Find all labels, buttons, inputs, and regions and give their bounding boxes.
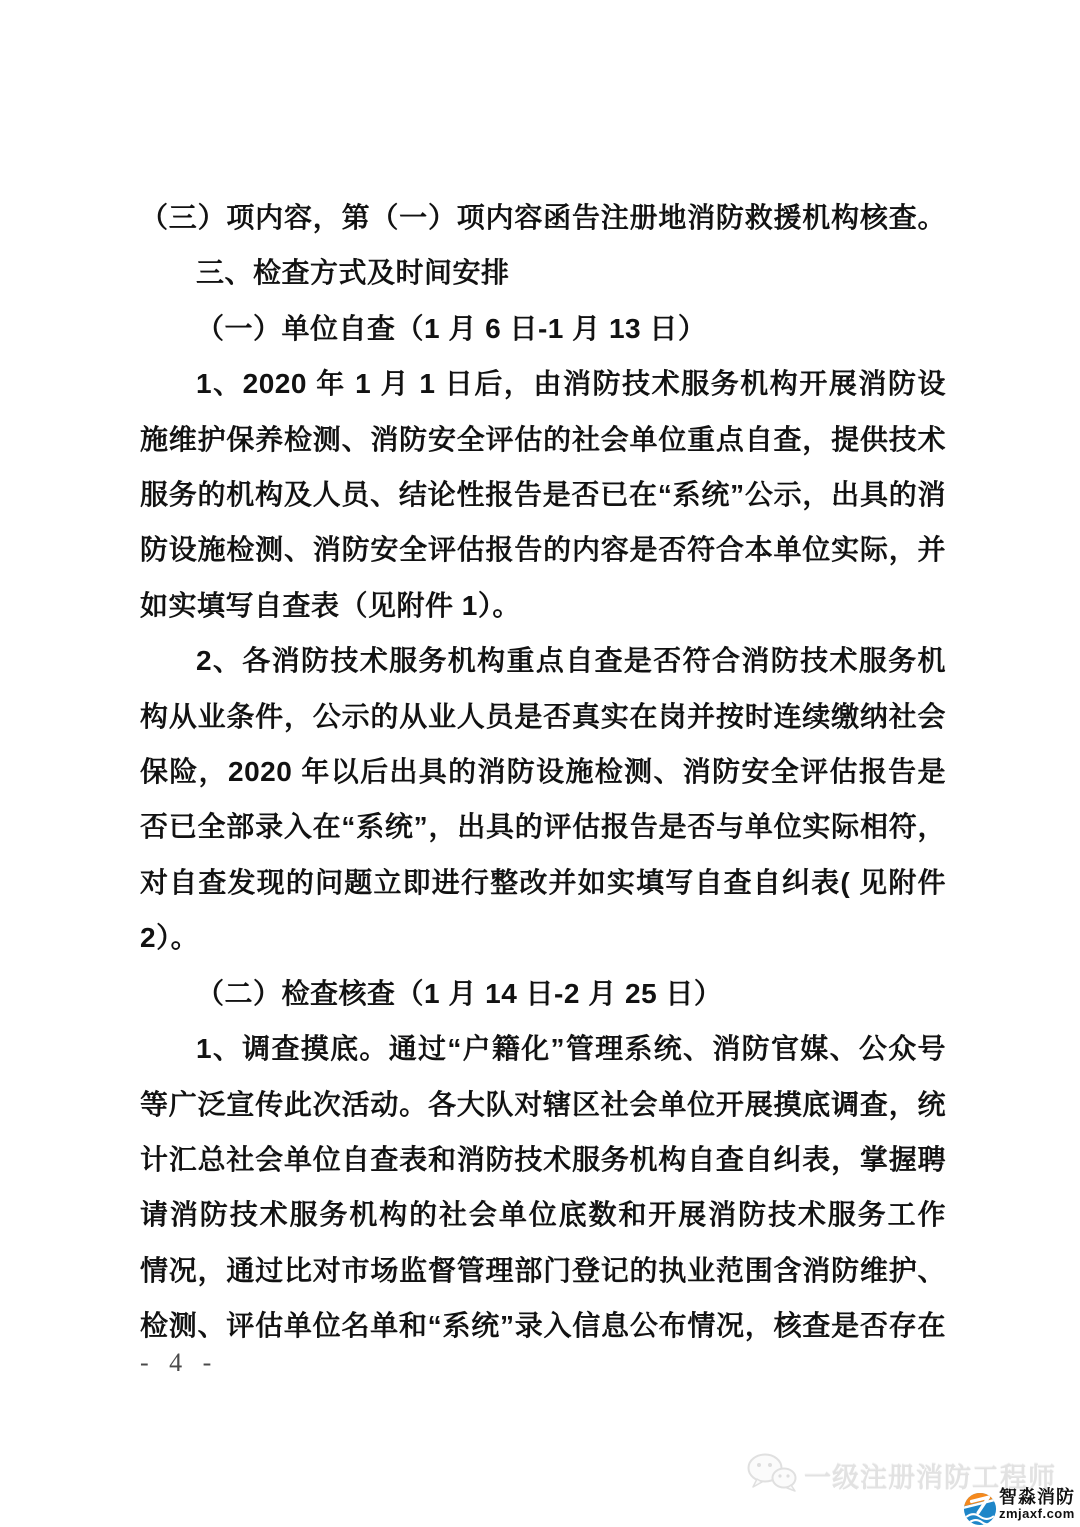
text-line: 检测、评估单位名单和“系统”录入信息公布情况，核查是否存在	[140, 1298, 946, 1353]
text-line: 构从业条件，公示的从业人员是否真实在岗并按时连续缴纳社会	[140, 689, 946, 744]
text-line: 三、检查方式及时间安排	[140, 245, 946, 300]
brand-logo: 智淼消防 zmjaxf.com	[963, 1488, 1075, 1527]
logo-domain: zmjaxf.com	[999, 1507, 1075, 1521]
text-line: 1、调查摸底。通过“户籍化”管理系统、消防官媒、公众号	[140, 1021, 946, 1076]
wechat-icon	[746, 1452, 798, 1499]
text-line: 2）。	[140, 910, 946, 965]
text-line: 等广泛宣传此次活动。各大队对辖区社会单位开展摸底调查，统	[140, 1077, 946, 1132]
document-page: （三）项内容，第（一）项内容函告注册地消防救援机构核查。三、检查方式及时间安排（…	[0, 0, 1080, 1527]
text-line: 防设施检测、消防安全评估报告的内容是否符合本单位实际，并	[140, 522, 946, 577]
text-line: 施维护保养检测、消防安全评估的社会单位重点自查，提供技术	[140, 412, 946, 467]
text-line: 对自查发现的问题立即进行整改并如实填写自查自纠表( 见附件	[140, 855, 946, 910]
zhimiao-logo-icon	[963, 1491, 997, 1527]
text-line: 1、2020 年 1 月 1 日后，由消防技术服务机构开展消防设	[140, 356, 946, 411]
text-line: 请消防技术服务机构的社会单位底数和开展消防技术服务工作	[140, 1187, 946, 1242]
text-line: 服务的机构及人员、结论性报告是否已在“系统”公示，出具的消	[140, 467, 946, 522]
text-line: 2、各消防技术服务机构重点自查是否符合消防技术服务机	[140, 633, 946, 688]
text-line: （一）单位自查（1 月 6 日-1 月 13 日）	[140, 301, 946, 356]
text-line: 保险，2020 年以后出具的消防设施检测、消防安全评估报告是	[140, 744, 946, 799]
text-line: 否已全部录入在“系统”，出具的评估报告是否与单位实际相符，	[140, 799, 946, 854]
text-line: 情况，通过比对市场监督管理部门登记的执业范围含消防维护、	[140, 1243, 946, 1298]
text-line: 如实填写自查表（见附件 1）。	[140, 578, 946, 633]
document-body: （三）项内容，第（一）项内容函告注册地消防救援机构核查。三、检查方式及时间安排（…	[140, 190, 946, 1354]
text-line: 计汇总社会单位自查表和消防技术服务机构自查自纠表，掌握聘	[140, 1132, 946, 1187]
page-number: - 4 -	[140, 1348, 218, 1378]
logo-brand-name: 智淼消防	[999, 1488, 1075, 1507]
text-line: （三）项内容，第（一）项内容函告注册地消防救援机构核查。	[140, 190, 946, 245]
text-line: （二）检查核查（1 月 14 日-2 月 25 日）	[140, 966, 946, 1021]
